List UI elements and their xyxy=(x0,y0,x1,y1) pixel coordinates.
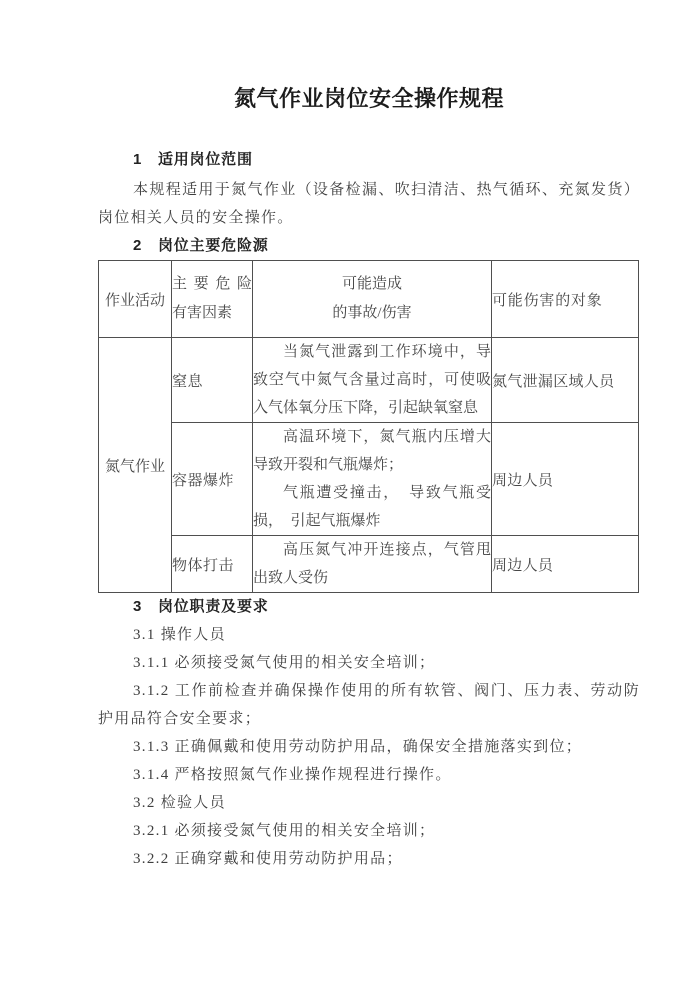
cell-hazard: 物体打击 xyxy=(172,536,253,593)
table-header-row: 作业活动 主要危险 有害因素 可能造成 的事故/伤害 可能伤害的对象 xyxy=(99,261,639,338)
section3: 3 岗位职责及要求 3.1 操作人员 3.1.1 必须接受氮气使用的相关安全培训… xyxy=(98,593,640,873)
cell-target: 周边人员 xyxy=(492,423,639,536)
page-title: 氮气作业岗位安全操作规程 xyxy=(98,84,640,114)
section2-heading: 2 岗位主要危险源 xyxy=(98,232,640,260)
consequence-paragraph: 当氮气泄露到工作环境中，导致空气中氮气含量过高时，可使吸入气体氧分压下降，引起缺… xyxy=(253,338,491,422)
requirement-item: 3.1 操作人员 xyxy=(98,621,640,649)
cell-hazard: 容器爆炸 xyxy=(172,423,253,536)
requirement-item: 3.1.4 严格按照氮气作业操作规程进行操作。 xyxy=(98,761,640,789)
col-header-target: 可能伤害的对象 xyxy=(492,261,639,338)
document-content: 氮气作业岗位安全操作规程 1 适用岗位范围 本规程适用于氮气作业（设备检漏、吹扫… xyxy=(98,0,640,873)
requirement-item: 3.1.1 必须接受氮气使用的相关安全培训； xyxy=(98,649,640,677)
hazard-table: 作业活动 主要危险 有害因素 可能造成 的事故/伤害 可能伤害的对象 氮气作业 … xyxy=(98,260,639,593)
section1-heading: 1 适用岗位范围 xyxy=(98,146,640,174)
table-row: 物体打击 高压氮气冲开连接点，气管甩出致人受伤 周边人员 xyxy=(99,536,639,593)
col-header-consequence: 可能造成 的事故/伤害 xyxy=(253,261,492,338)
col-header-consequence-line1: 可能造成 xyxy=(253,270,491,299)
cell-consequence: 当氮气泄露到工作环境中，导致空气中氮气含量过高时，可使吸入气体氧分压下降，引起缺… xyxy=(253,338,492,423)
cell-consequence: 高温环境下，氮气瓶内压增大导致开裂和气瓶爆炸； 气瓶遭受撞击， 导致气瓶受损， … xyxy=(253,423,492,536)
cell-target: 周边人员 xyxy=(492,536,639,593)
col-header-consequence-line2: 的事故/伤害 xyxy=(253,299,491,328)
col-header-hazard-line2: 有害因素 xyxy=(172,299,252,328)
requirement-item: 3.2.1 必须接受氮气使用的相关安全培训； xyxy=(98,817,640,845)
col-header-activity: 作业活动 xyxy=(99,261,172,338)
requirement-item: 3.1.2 工作前检查并确保操作使用的所有软管、阀门、压力表、劳动防护用品符合安… xyxy=(98,677,640,733)
table-row: 容器爆炸 高温环境下，氮气瓶内压增大导致开裂和气瓶爆炸； 气瓶遭受撞击， 导致气… xyxy=(99,423,639,536)
requirement-item: 3.2 检验人员 xyxy=(98,789,640,817)
table-row: 氮气作业 窒息 当氮气泄露到工作环境中，导致空气中氮气含量过高时，可使吸入气体氧… xyxy=(99,338,639,423)
document-page: 氮气作业岗位安全操作规程 1 适用岗位范围 本规程适用于氮气作业（设备检漏、吹扫… xyxy=(0,0,700,990)
cell-hazard: 窒息 xyxy=(172,338,253,423)
requirement-item: 3.1.3 正确佩戴和使用劳动防护用品，确保安全措施落实到位； xyxy=(98,733,640,761)
section1-paragraph: 本规程适用于氮气作业（设备检漏、吹扫清洁、热气循环、充氮发货）岗位相关人员的安全… xyxy=(98,176,640,232)
col-header-hazard: 主要危险 有害因素 xyxy=(172,261,253,338)
cell-activity: 氮气作业 xyxy=(99,338,172,593)
cell-consequence: 高压氮气冲开连接点，气管甩出致人受伤 xyxy=(253,536,492,593)
col-header-hazard-line1: 主要危险 xyxy=(172,270,252,299)
consequence-paragraph: 高压氮气冲开连接点，气管甩出致人受伤 xyxy=(253,536,491,592)
consequence-paragraph: 气瓶遭受撞击， 导致气瓶受损， 引起气瓶爆炸 xyxy=(253,479,491,535)
section3-heading: 3 岗位职责及要求 xyxy=(98,593,640,621)
consequence-paragraph: 高温环境下，氮气瓶内压增大导致开裂和气瓶爆炸； xyxy=(253,423,491,479)
cell-target: 氮气泄漏区域人员 xyxy=(492,338,639,423)
requirement-item: 3.2.2 正确穿戴和使用劳动防护用品； xyxy=(98,845,640,873)
